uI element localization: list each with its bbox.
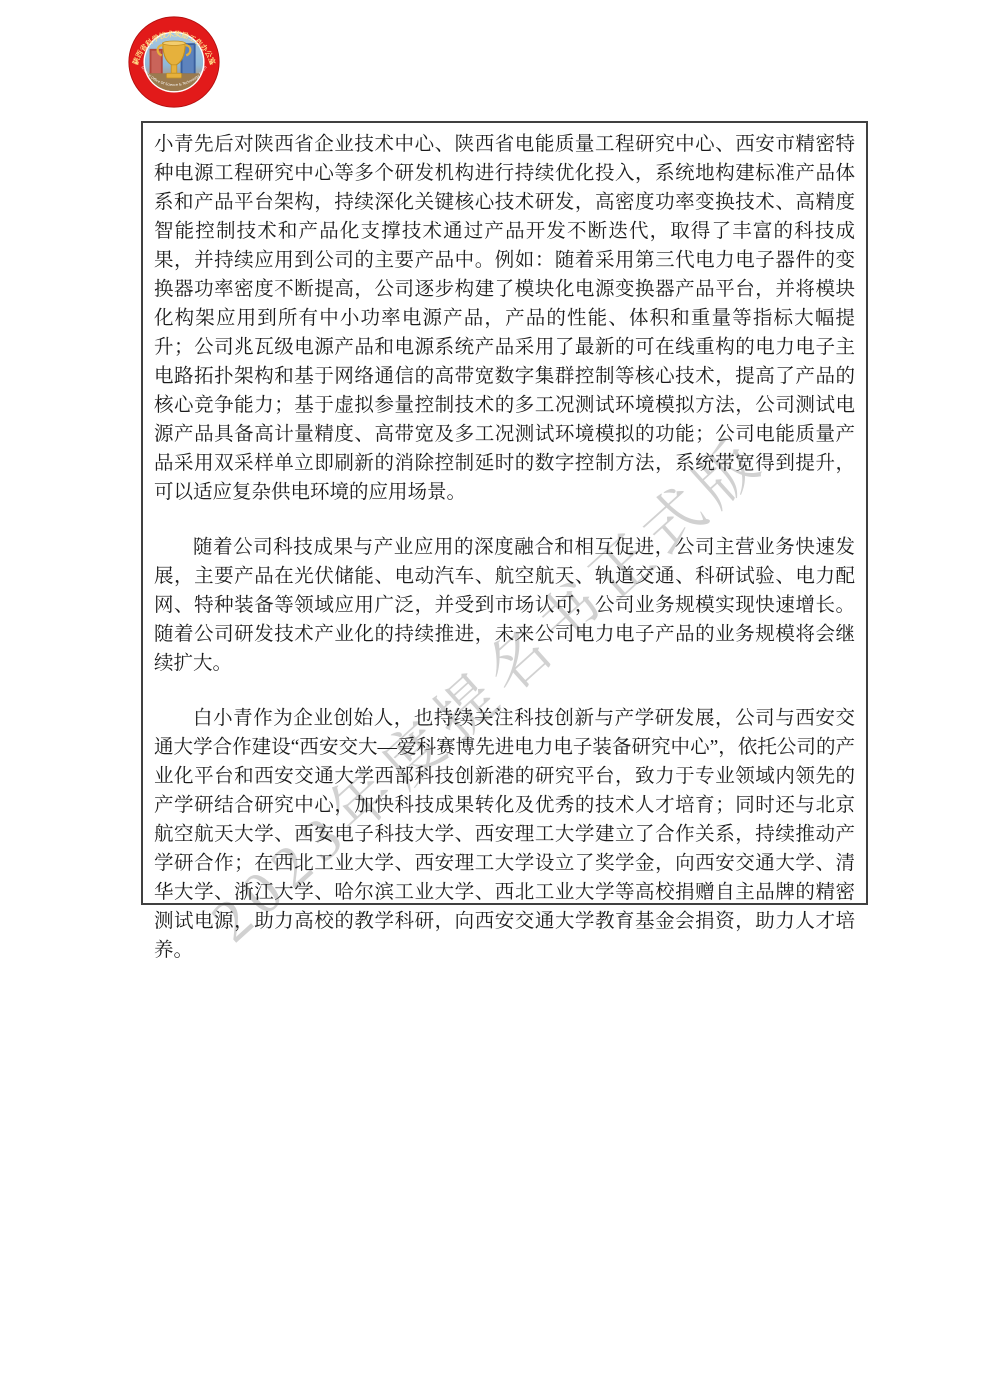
paragraph-tech-achievements: 小青先后对陕西省企业技术中心、陕西省电能质量工程研究中心、西安市精密特种电源工程… <box>154 130 855 507</box>
document-text-box: 小青先后对陕西省企业技术中心、陕西省电能质量工程研究中心、西安市精密特种电源工程… <box>141 121 868 905</box>
paragraph-founder-university-cooperation: 白小青作为企业创始人，也持续关注科技创新与产学研发展，公司与西安交通大学合作建设… <box>154 704 855 965</box>
document-page: 2023年度提名书正式版 <box>0 0 990 1399</box>
star-icon-left: ★ <box>134 60 139 67</box>
award-office-emblem: 陕西省科学技术奖励工作办公室 Shaanxi Office Of Science… <box>127 15 221 109</box>
emblem-svg: 陕西省科学技术奖励工作办公室 Shaanxi Office Of Science… <box>127 15 221 109</box>
star-icon-right: ★ <box>209 60 214 67</box>
paragraph-business-growth: 随着公司科技成果与产业应用的深度融合和相互促进，公司主营业务快速发展，主要产品在… <box>154 533 855 678</box>
